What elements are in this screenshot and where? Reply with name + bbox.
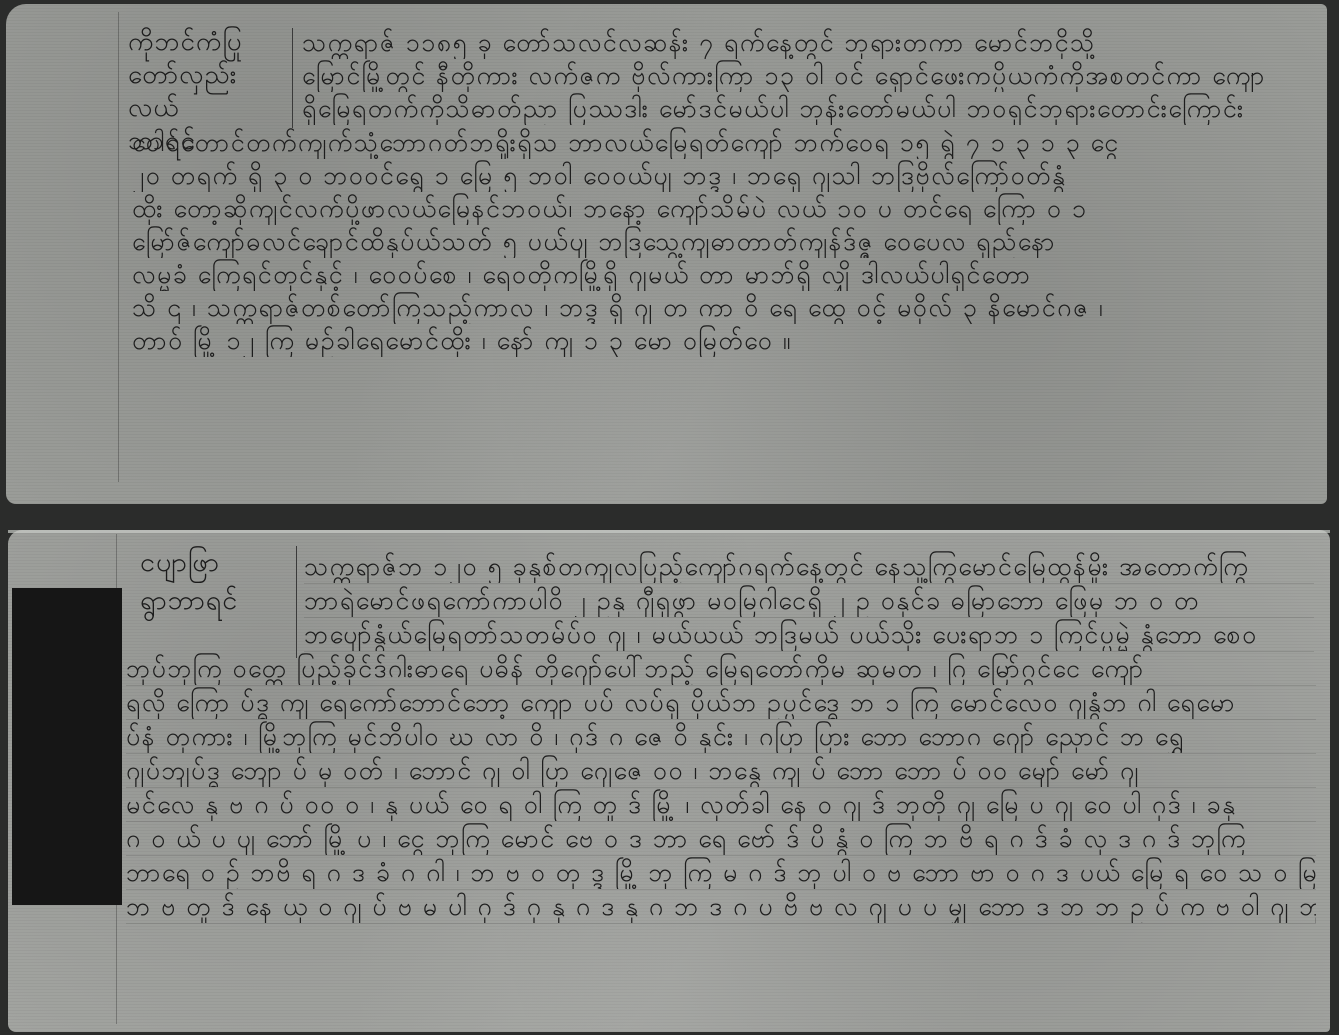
manuscript-line: မင်လေ နှ ဗ ဂ ပ် ဝဝ ဝ ၊ နှ ပယ် ဝေ ရ ဝါ ကြ… [126,788,1316,822]
left-margin-rule [118,12,119,482]
top-body-lines: ပေါင်တောင်တက်ကျက်သုံ့ဘောဂတ်ဘရှိုးရှိသ ဘာ… [132,126,1312,357]
top-heading-line: ကိုဘင်ကံပြု [128,26,288,59]
manuscript-line: ပေါင်တောင်တက်ကျက်သုံ့ဘောဂတ်ဘရှိုးရှိသ ဘာ… [132,126,1312,159]
manuscript-line: ရလို ကြော ပ်ဒ္ဓ ကျ ရေကော်ဘောင်ဘော့ ကျော … [126,686,1316,720]
manuscript-line: ဘပျော်နွံယ်မြေရတာ်သတမ်ပ်ဝ ဂျ ၊ မယ်ယယ် ဘဒ… [304,618,1314,652]
top-body-lines-head: သက္ကရာဇ် ၁၁၈၅ ခု တော်သလင်လဆန်း ၇ ရက်နေ့တ… [302,26,1312,125]
manuscript-line: ၂၀ တရက် ရှိ ၃ ဝ ဘဝဝင်ရွေ ၁ မြေ ၅ ဘဝါ ဝေဝ… [132,159,1312,192]
bottom-body-lines-head: သက္ကရာဇ်ဘ ၁၂၀ ၅ ခုနှစ်တကျလပြည့်ကျော်ဂရက်… [304,550,1314,652]
manuscript-line: ရှိမြေရတက်ကိုသိဓာတ်ညာ ပြဿဒါး မော်ဒင်မယ်ပ… [302,92,1312,125]
manuscript-line: မြော်ဇ်ကျော်ဓလင်ချောင်ထိနှပ်ယ်သတ် ၅ ပယ်ပ… [132,225,1312,258]
manuscript-line: သက္ကရာဇ်ဘ ၁၂၀ ၅ ခုနှစ်တကျလပြည့်ကျော်ဂရက်… [304,550,1314,584]
manuscript-line: ဘ ဗ တူ ဒ် နေ ယု ဝ ဂျ ပ် ဗ မ ပါ ဂု ဒ် ဂု … [126,890,1316,924]
heading-divider-rule [296,546,297,658]
manuscript-line: မြောင်မြို့တွင် နီတိုကား လက်ဇက ဗိုလ်ကားက… [302,59,1312,92]
redaction-block [12,588,122,905]
manuscript-line: ပ်နံ တုကား ၊ မြို့ဘုကြ မှင်ဘိပါဝ ဃ လာ ဝိ… [126,720,1316,754]
manuscript-line: ဘုပ်ဘုကြ ဝတ္တေ ပြည့်ခိုင်ဒ်ဂါးဓာရေ ပဓိန်… [126,652,1316,686]
bottom-heading-line: ငပျာဖြာ [140,544,290,582]
bottom-heading: ငပျာဖြာ ရွာဘာရင် [140,544,290,620]
manuscript-line: ဘာရေ ဝ ဉ် ဘဗိ ရ ဂ ဒ ခံ ဂ ဂါ ၊ ဘ ဗ ဝ တု ဒ… [126,856,1316,890]
manuscript-line: တာဝ် မြို့ ၁၂ ကြ မဥ်ခါရေမောင်ထိုး ၊ နော်… [132,324,1312,357]
manuscript-top-panel: ကိုဘင်ကံပြု တော်လှည်းလယ် ဘာရင် သက္ကရာဇ် … [6,4,1327,504]
manuscript-line: သက္ကရာဇ် ၁၁၈၅ ခု တော်သလင်လဆန်း ၇ ရက်နေ့တ… [302,26,1312,59]
manuscript-bottom-panel: ငပျာဖြာ ရွာဘာရင် သက္ကရာဇ်ဘ ၁၂၀ ၅ ခုနှစ်တ… [8,530,1330,1032]
top-heading-line: တော်လှည်းလယ် [128,59,288,125]
manuscript-line: လမ္မခံ ကြေရင်တုင်နှင့် ၊ ဝေဝပ်စေ ၊ ရေဝတိ… [132,258,1312,291]
manuscript-line: သိ ၎ ၊ သက္ကရာဇ်တစ်တော်ကြသည့်ကာလ ၊ ဘဒ္ဒ ရ… [132,291,1312,324]
manuscript-line: ဘာရဲမောင်ဖရကော်ကာပါဝိ ၂ ဥနှ ဂျီရှဖွာ မဝမ… [304,584,1314,618]
manuscript-line: ထိုး တော့ဆိုကျင်လက်ပို့ဖာလယ်မြေနင်ဘဝယ်၊ … [132,192,1312,225]
fold-crease [8,530,1330,533]
manuscript-line: ဂျပ်ဘျပ်ဒ္ဓ ဘျော ပ် မှ ဝတ် ၊ ဘောင် ဂျ ဝါ… [126,754,1316,788]
manuscript-line: ဂ ၀ ယ် ပ ပျ ဘော် မြို့ ပ ၊ ငွေ ဘုကြ မောင… [126,822,1316,856]
bottom-heading-line: ရွာဘာရင် [140,582,290,620]
bottom-body-lines: ဘုပ်ဘုကြ ဝတ္တေ ပြည့်ခိုင်ဒ်ဂါးဓာရေ ပဓိန်… [126,652,1316,924]
heading-divider-rule [292,28,293,128]
